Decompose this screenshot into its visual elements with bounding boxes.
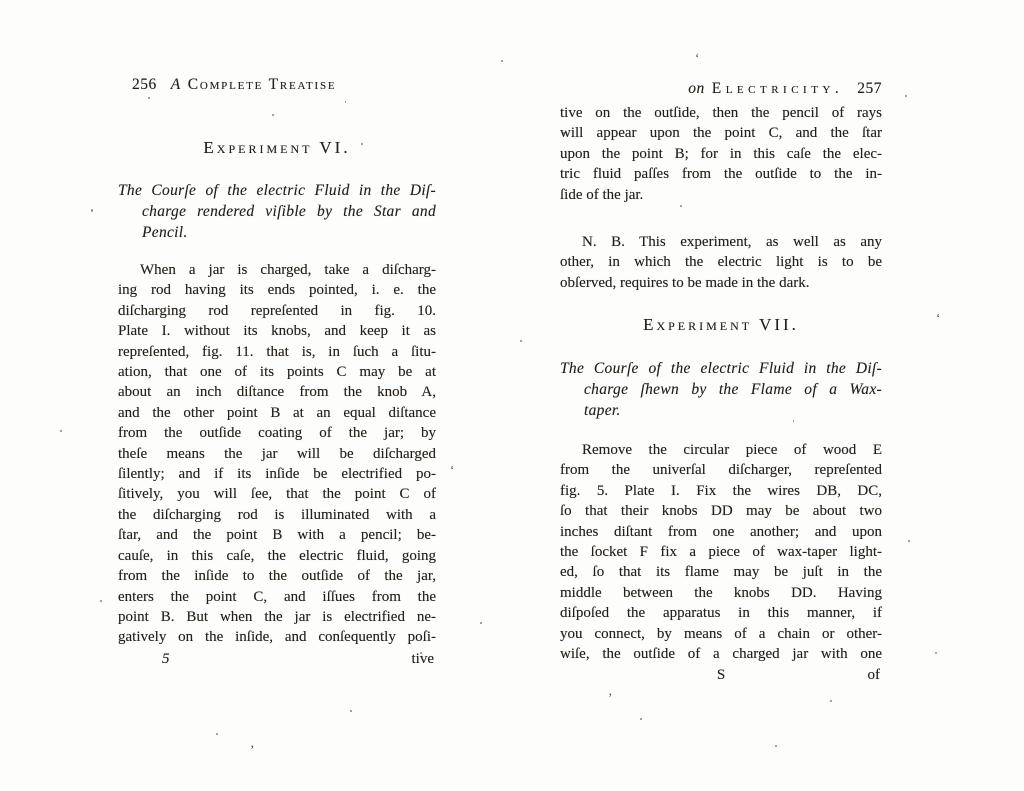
right-page: on Electricity. 257 tive on the outſide,… — [560, 70, 882, 710]
book-scan: 256 A Complete Treatise Experiment VI. T… — [0, 0, 1024, 791]
scan-mark: ‘ — [695, 50, 699, 66]
experiment-vii-heading: Experiment VII. — [560, 315, 882, 335]
left-catchword: tive — [412, 651, 435, 668]
nota-bene-paragraph: N. B. This experiment, as well as anyoth… — [560, 232, 882, 293]
experiment-vi-body: When a jar is charged, take a diſcharg-i… — [118, 260, 436, 648]
left-signature-mark: 5 — [162, 651, 170, 668]
right-signature-mark: S — [717, 667, 725, 684]
left-running-head: 256 A Complete Treatise — [132, 76, 336, 94]
scan-mark: ’ — [250, 742, 254, 758]
left-page: 256 A Complete Treatise Experiment VI. T… — [118, 70, 436, 710]
right-page-number: 257 — [857, 80, 882, 98]
left-page-number: 256 — [132, 76, 157, 94]
experiment-vii-body: Remove the circular piece of wood Efrom … — [560, 440, 882, 664]
experiment-vi-title: The Courſe of the electric Fluid in the … — [118, 180, 436, 243]
scan-mark: ‘ — [936, 310, 940, 326]
left-footer-line: 5 tive — [118, 648, 436, 668]
right-footer-line: S of — [560, 664, 882, 684]
right-catchword: of — [868, 667, 881, 684]
right-running-title-prefix: on — [688, 80, 705, 98]
continuation-paragraph: tive on the outſide, then the pencil of … — [560, 103, 882, 205]
scan-mark: ‘ — [450, 462, 454, 478]
left-running-title-prefix: A — [171, 76, 181, 94]
experiment-vii-title: The Courſe of the electric Fluid in the … — [560, 358, 882, 421]
experiment-vi-heading: Experiment VI. — [118, 138, 436, 158]
scan-mark: ’ — [608, 690, 612, 706]
right-running-head: on Electricity. 257 — [560, 80, 882, 98]
left-running-title: Complete Treatise — [188, 76, 337, 94]
right-running-title: Electricity. — [712, 80, 844, 98]
